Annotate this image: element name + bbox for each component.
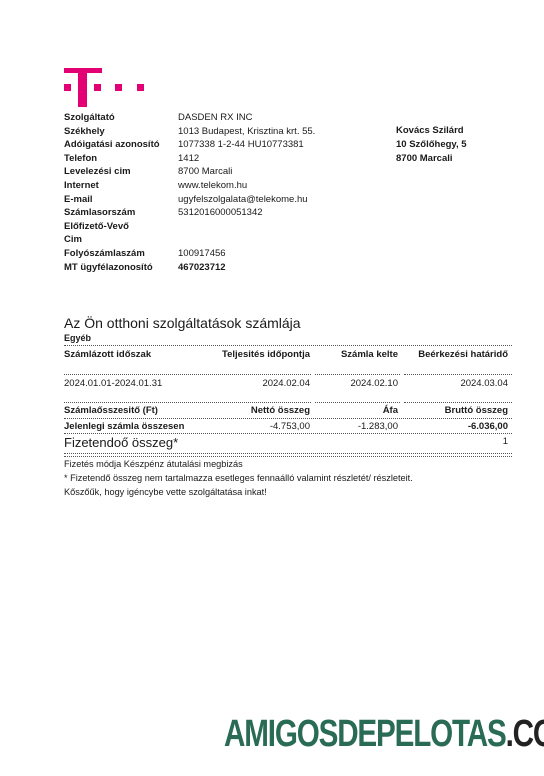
recipient-street: 10 Szőlőhegy, 5 [396,138,467,152]
info-label: Levelezési cim [64,165,178,179]
watermark: AMIGOSDEPELOTAS.COM [224,712,544,756]
info-label: Internet [64,179,178,193]
invoice-title: Az Ön otthoni szolgáltatások számlája [64,314,301,332]
period-fulfillment-value: 2024.02.04 [200,378,310,390]
info-value: 1013 Budapest, Krisztina krt. 55. [178,125,315,139]
info-label: E-mail [64,193,178,207]
period-header-issue-date: Számla kelte [318,349,398,361]
info-label: Előfizető-Vevő [64,220,178,234]
divider [404,374,512,375]
info-value: 1077338 1-2-44 HU10773381 [178,138,304,152]
payable-value: 1 [406,436,508,448]
footnote: * Fizetendő összeg nem tartalmazza esetl… [64,472,413,486]
email-link[interactable]: ugyfelszolgalata@telekome.hu [178,193,308,207]
info-value: DASDEN RX INC [178,111,252,125]
info-label: Folyószámlaszám [64,247,178,261]
info-row: Cim [64,233,364,247]
divider [64,453,512,454]
summary-header-net: Nettó összeg [200,405,310,417]
info-row: E-mailugyfelszolgalata@telekome.hu [64,193,364,207]
recipient-address: Kovács Szilárd 10 Szőlőhegy, 5 8700 Marc… [396,124,467,166]
info-row: Internetwww.telekom.hu [64,179,364,193]
telekom-t-logo [64,68,146,108]
info-value: 467023712 [178,261,226,275]
info-label: MT ügyfélazonosító [64,261,178,275]
info-row: Székhely1013 Budapest, Krisztina krt. 55… [64,125,364,139]
website-link[interactable]: www.telekom.hu [178,179,247,193]
recipient-name: Kovács Szilárd [396,124,467,138]
divider [64,402,311,403]
watermark-tld: .COM [506,713,544,755]
summary-net-value: -4.753,00 [200,421,310,433]
summary-header-label: Számlaősszesitő (Ft) [64,405,158,417]
info-value: 5312016000051342 [178,206,263,220]
summary-row-label: Jelenlegi számla összesen [64,421,184,433]
thank-you-note: Kőszőűk, hogy igéncybe vette szolgáltatá… [64,486,267,500]
summary-header-vat: Áfa [318,405,398,417]
divider [315,374,400,375]
period-due-date-value: 2024.03.04 [406,378,508,390]
summary-vat-value: -1.283,00 [318,421,398,433]
info-label: Adóigatási azonosító [64,138,178,152]
divider [64,374,311,375]
divider [64,345,512,346]
divider [64,418,512,419]
info-value: 100917456 [178,247,226,261]
period-billed-value: 2024.01.01-2024.01.31 [64,378,162,390]
period-header-due-date: Beérkezési határidő [406,349,508,361]
info-label: Székhely [64,125,178,139]
info-value: 1412 [178,152,199,166]
info-value: 8700 Marcali [178,165,232,179]
summary-gross-value: -6.036,00 [406,421,508,433]
info-row: Adóigatási azonosító1077338 1-2-44 HU107… [64,138,364,152]
info-label: Telefon [64,152,178,166]
divider [315,402,400,403]
info-row: Levelezési cim8700 Marcali [64,165,364,179]
info-row: Előfizető-Vevő [64,220,364,234]
divider [64,433,512,434]
period-issue-date-value: 2024.02.10 [318,378,398,390]
info-row: Folyószámlaszám100917456 [64,247,364,261]
info-row: Számlasorszám5312016000051342 [64,206,364,220]
summary-header-gross: Bruttó összeg [406,405,508,417]
period-header-billed: Számlázott időszak [64,349,151,361]
info-row: MT ügyfélazonosító467023712 [64,261,364,275]
info-label: Cim [64,233,178,247]
provider-info: SzolgáltatóDASDEN RX INC Székhely1013 Bu… [64,111,364,274]
watermark-main: AMIGOSDEPELOTAS [224,713,506,755]
info-label: Szolgáltató [64,111,178,125]
invoice-subtitle: Egyéb [64,333,91,343]
divider [64,456,512,457]
period-header-fulfillment: Teljesités időpontja [200,349,310,361]
recipient-city: 8700 Marcali [396,152,467,166]
info-row: Telefon1412 [64,152,364,166]
divider [404,402,512,403]
payable-label: Fizetendoő összeg* [64,435,178,451]
info-row: SzolgáltatóDASDEN RX INC [64,111,364,125]
info-label: Számlasorszám [64,206,178,220]
payment-method: Fizetés módja Készpénz átutalási megbizá… [64,458,243,472]
